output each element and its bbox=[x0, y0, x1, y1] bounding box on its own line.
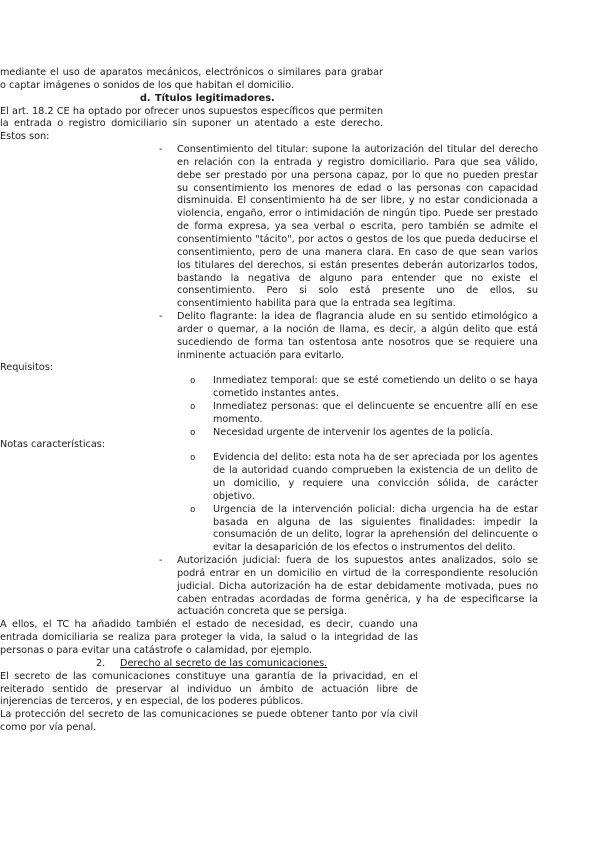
sub-bullet-text: Urgencia de la intervención policial: di… bbox=[213, 504, 538, 554]
paragraph-secreto-1: El secreto de las comunicaciones constit… bbox=[0, 671, 418, 710]
document-body: mediante el uso de aparatos mecánicos, e… bbox=[0, 67, 599, 735]
heading-text: Títulos legitimadores. bbox=[155, 93, 275, 104]
dash-bullet-marker: - bbox=[159, 311, 163, 324]
sub-bullet-necesidad-urgente: o Necesidad urgente de intervenir los ag… bbox=[213, 427, 538, 440]
sub-bullet-inmediatez-personas: o Inmediatez personas: que el delincuent… bbox=[213, 401, 538, 427]
dash-bullet-marker: - bbox=[159, 144, 163, 157]
heading-titulos-legitimadores: d. Títulos legitimadores. bbox=[155, 93, 538, 106]
bullet-autorizacion-judicial: - Autorización judicial: fuera de los su… bbox=[177, 555, 538, 619]
sub-bullet-urgencia-intervencion: o Urgencia de la intervención policial: … bbox=[213, 504, 538, 555]
paragraph-estado-necesidad: A ellos, el TC ha añadido también el est… bbox=[0, 619, 418, 658]
bullet-text: Autorización judicial: fuera de los supu… bbox=[177, 555, 538, 617]
circle-bullet-marker: o bbox=[190, 375, 195, 388]
circle-bullet-marker: o bbox=[190, 401, 195, 414]
sub-bullet-evidencia-delito: o Evidencia del delito: esta nota ha de … bbox=[213, 452, 538, 503]
sublist-heading-requisitos: Requisitos: bbox=[0, 362, 361, 375]
paragraph-continuation: mediante el uso de aparatos mecánicos, e… bbox=[0, 67, 383, 93]
sub-bullet-text: Inmediatez personas: que el delincuente … bbox=[213, 401, 538, 425]
list-marker-d: d. bbox=[140, 93, 151, 106]
list-marker-2: 2. bbox=[96, 658, 105, 671]
circle-bullet-marker: o bbox=[190, 427, 195, 440]
sub-bullet-text: Necesidad urgente de intervenir los agen… bbox=[213, 427, 493, 438]
circle-bullet-marker: o bbox=[190, 452, 195, 465]
sub-bullet-inmediatez-temporal: o Inmediatez temporal: que se esté comet… bbox=[213, 375, 538, 401]
bullet-consentimiento-titular: - Consentimiento del titular: supone la … bbox=[177, 144, 538, 311]
circle-bullet-marker: o bbox=[190, 504, 195, 517]
sub-bullet-text: Evidencia del delito: esta nota ha de se… bbox=[213, 452, 538, 502]
bullet-text: Delito flagrante: la idea de flagrancia … bbox=[177, 311, 538, 361]
paragraph-secreto-2: La protección del secreto de las comunic… bbox=[0, 709, 418, 735]
document-page: mediante el uso de aparatos mecánicos, e… bbox=[0, 0, 599, 848]
sublist-heading-notas: Notas características: bbox=[0, 439, 361, 452]
heading-secreto-comunicaciones: 2. Derecho al secreto de las comunicacio… bbox=[120, 658, 538, 671]
bullet-text: Consentimiento del titular: supone la au… bbox=[177, 144, 538, 309]
paragraph-section-d-intro: El art. 18.2 CE ha optado por ofrecer un… bbox=[0, 106, 383, 145]
dash-bullet-marker: - bbox=[159, 555, 163, 568]
sub-bullet-text: Inmediatez temporal: que se esté cometie… bbox=[213, 375, 538, 399]
heading-text: Derecho al secreto de las comunicaciones… bbox=[120, 658, 327, 669]
bullet-delito-flagrante: - Delito flagrante: la idea de flagranci… bbox=[177, 311, 538, 362]
